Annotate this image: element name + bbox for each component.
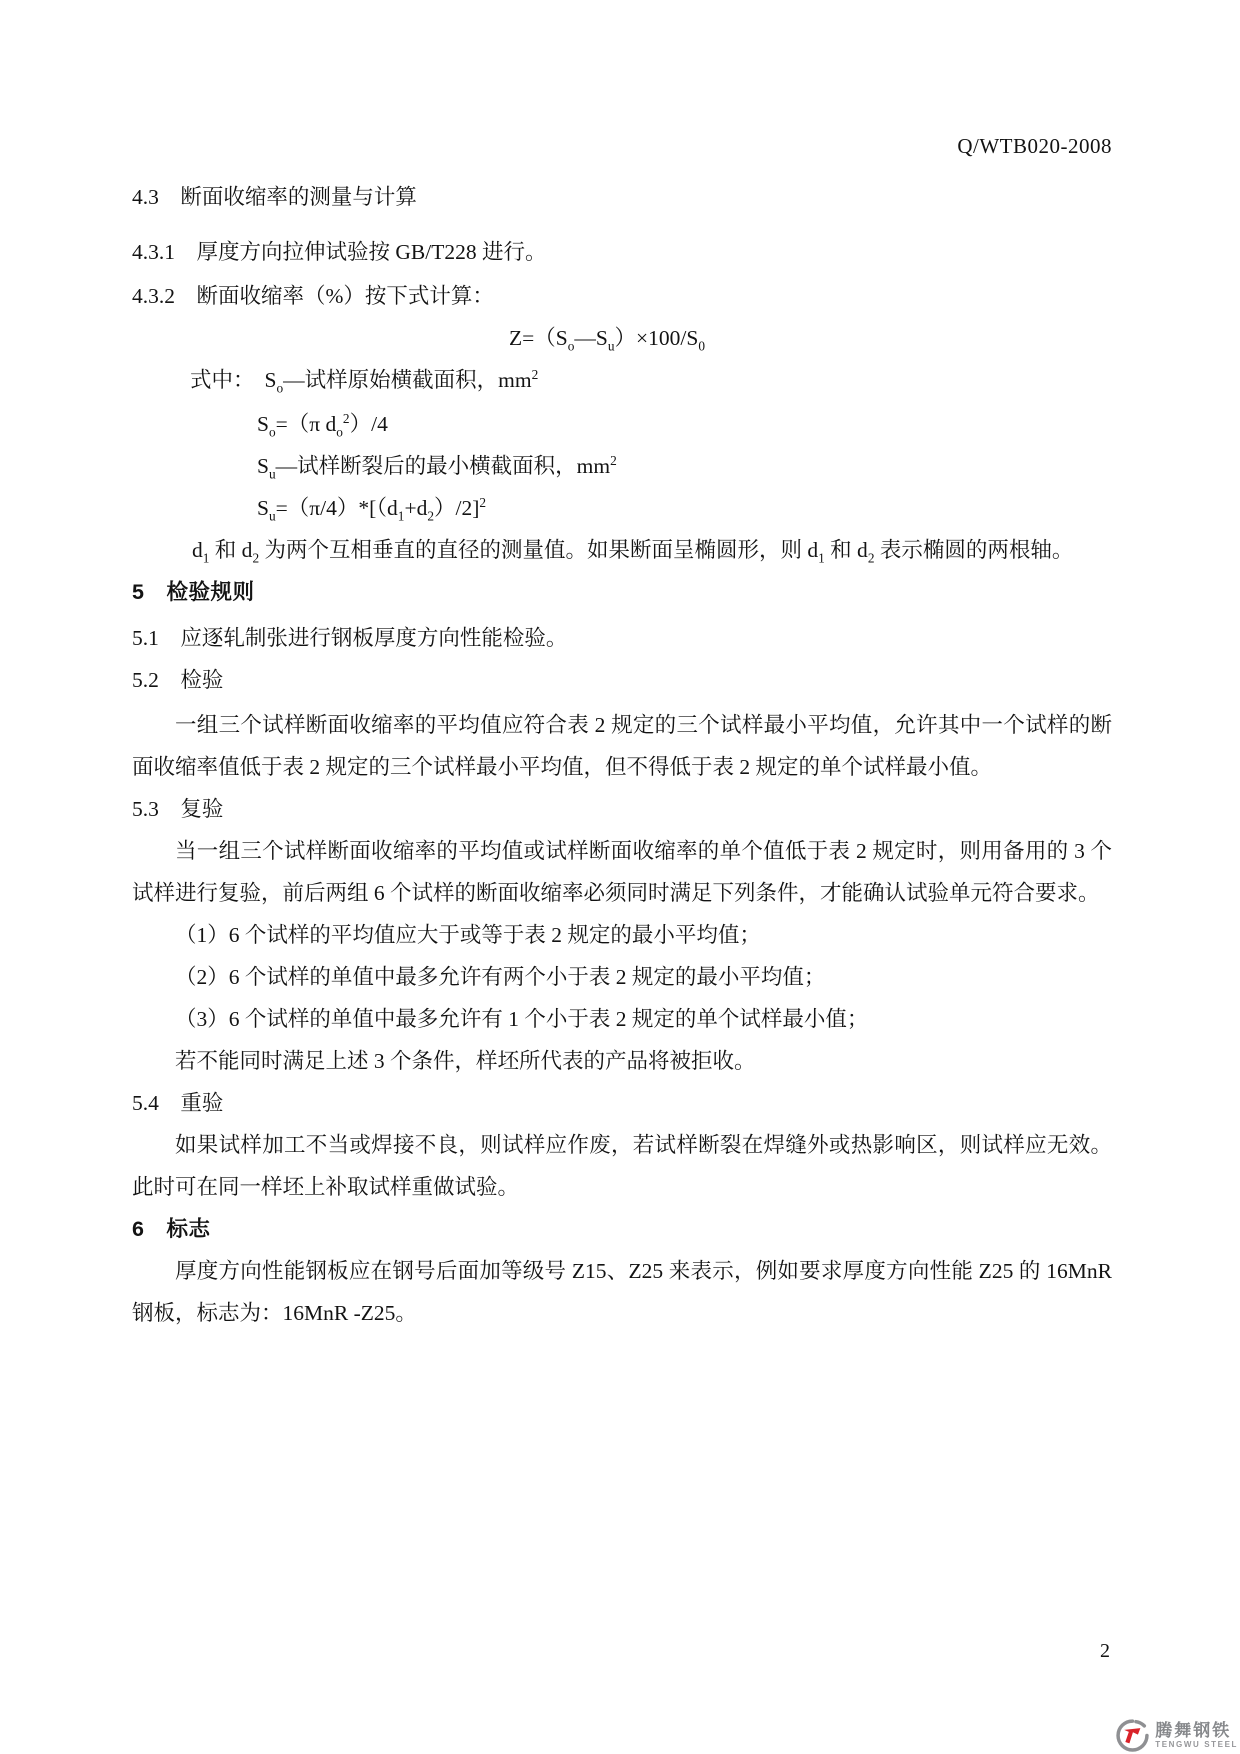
condition-2: （2）6 个试样的单值中最多允许有两个小于表 2 规定的最小平均值； (132, 956, 1112, 998)
section-6-paragraph: 厚度方向性能钢板应在钢号后面加等级号 Z15、Z25 来表示，例如要求厚度方向性… (132, 1250, 1112, 1334)
section-5-heading: 5 检验规则 (132, 571, 1112, 613)
document-page: Q/WTB020-2008 4.3 断面收缩率的测量与计算 4.3.1 厚度方向… (0, 0, 1240, 1754)
section-5-2-heading: 5.2 检验 (132, 659, 1112, 701)
section-6-heading: 6 标志 (132, 1208, 1112, 1250)
section-5-4-paragraph: 如果试样加工不当或焊接不良，则试样应作废，若试样断裂在焊缝外或热影响区，则试样应… (132, 1124, 1112, 1208)
section-5-4-heading: 5.4 重验 (132, 1082, 1112, 1124)
page-number: 2 (1100, 1640, 1110, 1663)
section-5-2-paragraph: 一组三个试样断面收缩率的平均值应符合表 2 规定的三个试样最小平均值，允许其中一… (132, 704, 1112, 788)
tengwu-logo-icon (1115, 1718, 1150, 1753)
formula-so-equation: So=（π do2）/4 (132, 403, 1112, 445)
section-4-3-heading: 4.3 断面收缩率的测量与计算 (132, 176, 1112, 218)
formula-where-so-definition: 式中：So—试样原始横截面积，mm2 (132, 359, 1112, 401)
tengwu-logo: 腾舞钢铁 TENGWU STEEL (1115, 1718, 1240, 1753)
condition-3: （3）6 个试样的单值中最多允许有 1 个小于表 2 规定的单个试样最小值； (132, 998, 1112, 1040)
where-label: 式中： (190, 368, 255, 392)
tengwu-logo-text: 腾舞钢铁 TENGWU STEEL (1155, 1722, 1238, 1749)
section-4-3-2-text: 4.3.2 断面收缩率（%）按下式计算： (132, 275, 1112, 317)
section-5-3-heading: 5.3 复验 (132, 788, 1112, 830)
document-content: Q/WTB020-2008 4.3 断面收缩率的测量与计算 4.3.1 厚度方向… (0, 0, 1240, 1334)
standard-code-header: Q/WTB020-2008 (132, 130, 1112, 162)
formula-z: Z=（So—Su）×100/S0 (102, 317, 1112, 359)
formula-su-equation: Su=（π/4）*[（d1+d2）/2]2 (132, 487, 1112, 529)
d1-d2-note: d1 和 d2 为两个互相垂直的直径的测量值。如果断面呈椭圆形，则 d1 和 d… (132, 529, 1112, 571)
formula-su-definition: Su—试样断裂后的最小横截面积，mm2 (132, 445, 1112, 487)
condition-1: （1）6 个试样的平均值应大于或等于表 2 规定的最小平均值； (132, 914, 1112, 956)
section-5-1-text: 5.1 应逐轧制张进行钢板厚度方向性能检验。 (132, 617, 1112, 659)
logo-cn-text: 腾舞钢铁 (1155, 1722, 1238, 1739)
logo-en-text: TENGWU STEEL (1155, 1741, 1238, 1749)
section-5-3-paragraph: 当一组三个试样断面收缩率的平均值或试样断面收缩率的单个值低于表 2 规定时，则用… (132, 830, 1112, 914)
conditions-note: 若不能同时满足上述 3 个条件，样坯所代表的产品将被拒收。 (132, 1040, 1112, 1082)
section-4-3-1-text: 4.3.1 厚度方向拉伸试验按 GB/T228 进行。 (132, 231, 1112, 273)
